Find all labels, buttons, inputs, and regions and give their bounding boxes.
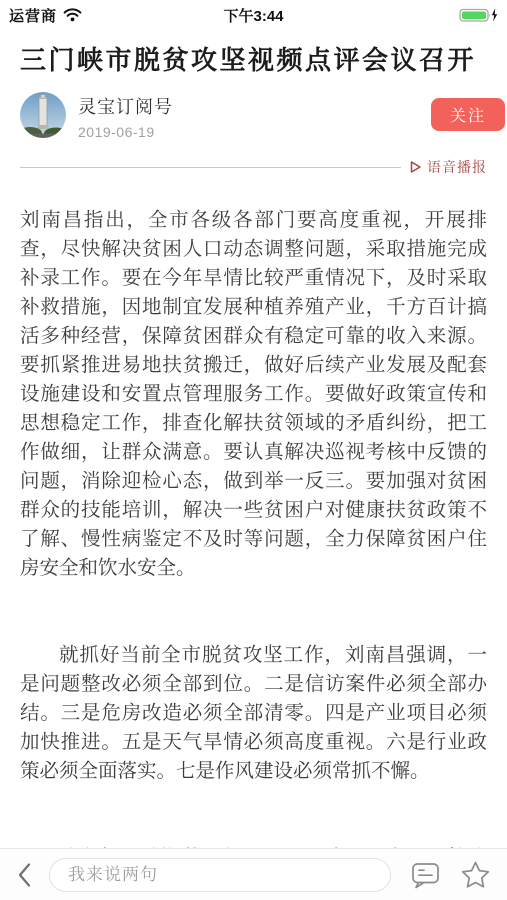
article-body: 刘南昌指出，全市各级各部门要高度重视，开展排查，尽快解决贫困人口动态调整问题，采… (20, 206, 487, 900)
back-button[interactable] (14, 860, 34, 890)
author-avatar[interactable] (20, 92, 66, 138)
divider-line (20, 167, 401, 168)
status-bar: 运营商 下午3:44 (0, 0, 507, 30)
status-bar-right (459, 7, 498, 23)
carrier-label: 运营商 (9, 5, 57, 26)
bottom-comment-bar (0, 848, 507, 900)
publish-date: 2019-06-19 (78, 124, 173, 140)
status-bar-left: 运营商 (9, 5, 82, 26)
article-content: 三门峡市脱贫攻坚视频点评会议召开 (0, 43, 507, 900)
voice-broadcast-label: 语音播报 (427, 157, 487, 177)
article-paragraph: 刘南昌指出，全市各级各部门要高度重视，开展排查，尽快解决贫困人口动态调整问题，采… (20, 206, 487, 583)
author-name[interactable]: 灵宝订阅号 (78, 93, 173, 119)
comment-bubble-icon (411, 861, 440, 889)
voice-broadcast-row: 语音播报 (20, 159, 487, 175)
follow-button[interactable]: 关注 (431, 98, 505, 131)
article-paragraph: 就抓好当前全市脱贫攻坚工作，刘南昌强调，一是问题整改必须全部到位。二是信访案件必… (20, 641, 487, 786)
app-screen: 运营商 下午3:44 三门峡市脱贫攻坚视频点评 (0, 0, 507, 900)
star-icon (460, 860, 491, 890)
author-meta: 灵宝订阅号 2019-06-19 (78, 93, 173, 140)
wifi-icon (63, 8, 82, 22)
battery-charging-icon (459, 7, 498, 23)
favorite-button[interactable] (460, 860, 491, 890)
play-icon (409, 160, 422, 174)
chevron-left-icon (16, 862, 32, 888)
voice-broadcast-button[interactable]: 语音播报 (409, 157, 487, 177)
clock-label: 下午3:44 (223, 5, 283, 26)
comments-button[interactable] (411, 861, 440, 889)
article-title: 三门峡市脱贫攻坚视频点评会议召开 (20, 43, 487, 77)
author-row: 灵宝订阅号 2019-06-19 关注 (20, 92, 487, 138)
comment-input[interactable] (49, 858, 391, 892)
